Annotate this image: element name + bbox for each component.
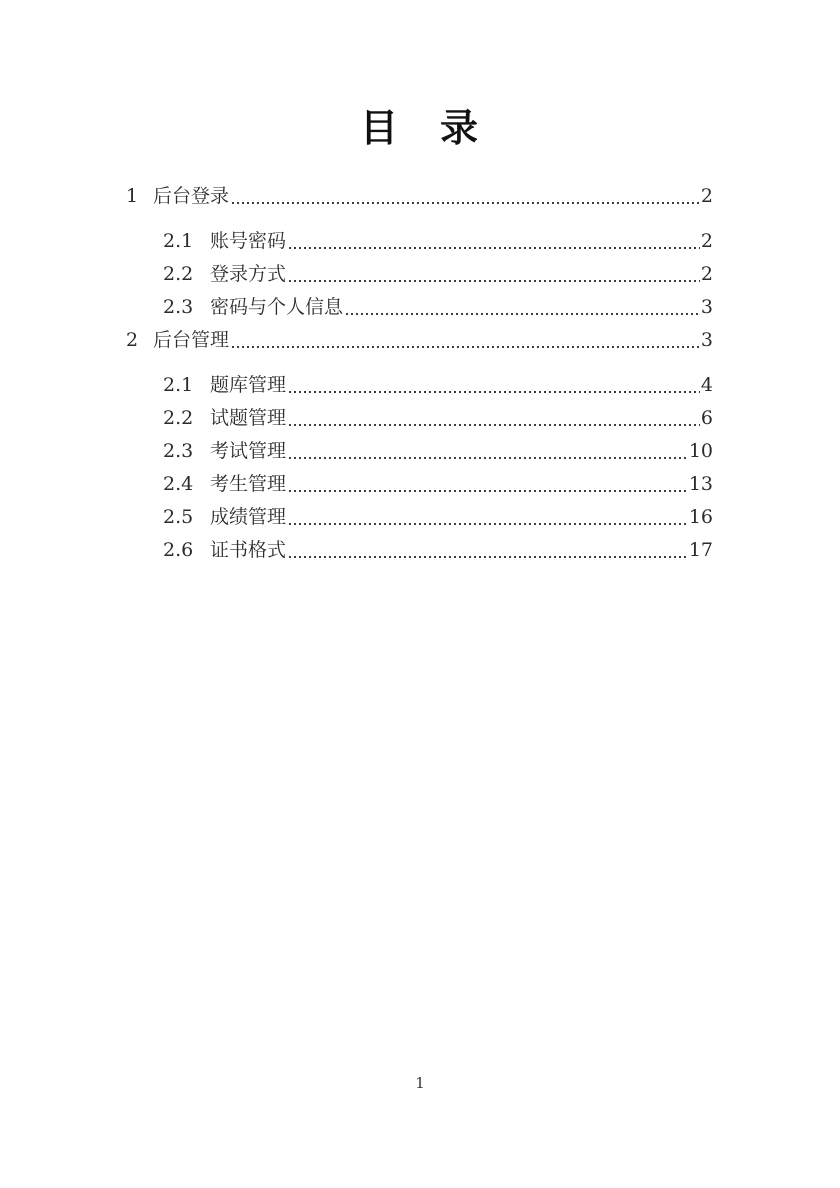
toc-entry-page: 17 [689, 534, 713, 567]
dot-leader-icon [289, 280, 700, 282]
dot-leader-icon [232, 202, 700, 204]
document-page: 目 录 1 后台登录 2 2.1 账号密码 2 2.2 登录方式 2 2.3 密… [0, 0, 840, 1188]
toc-entry-label: 后台登录 [153, 180, 229, 213]
toc-entry-number: 2 [126, 324, 153, 357]
dot-leader-icon [289, 490, 688, 492]
toc-entry-number: 1 [126, 180, 153, 213]
toc-entry[interactable]: 2.2 登录方式 2 [126, 258, 713, 291]
toc-entry[interactable]: 2.1 账号密码 2 [126, 225, 713, 258]
dot-leader-icon [232, 346, 700, 348]
toc-entry-number: 2.1 [163, 225, 210, 258]
toc-entry[interactable]: 2.3 密码与个人信息 3 [126, 291, 713, 324]
toc-entry-number: 2.1 [163, 369, 210, 402]
toc-entry-number: 2.5 [163, 501, 210, 534]
toc-entry-label: 证书格式 [210, 534, 286, 567]
toc-entry-label: 成绩管理 [210, 501, 286, 534]
page-number: 1 [0, 1074, 840, 1092]
toc-entry-page: 10 [689, 435, 713, 468]
toc-entry-label: 考生管理 [210, 468, 286, 501]
toc-entry[interactable]: 2.1 题库管理 4 [126, 369, 713, 402]
toc-entry-page: 16 [689, 501, 713, 534]
dot-leader-icon [289, 247, 700, 249]
toc-entry-label: 试题管理 [210, 402, 286, 435]
dot-leader-icon [289, 556, 688, 558]
toc-entry-label: 题库管理 [210, 369, 286, 402]
dot-leader-icon [289, 457, 688, 459]
toc-entry-label: 后台管理 [153, 324, 229, 357]
toc-entry-page: 2 [701, 258, 713, 291]
toc-entry-number: 2.3 [163, 435, 210, 468]
toc-entry-page: 2 [701, 225, 713, 258]
toc-entry-label: 登录方式 [210, 258, 286, 291]
toc-entry-page: 6 [701, 402, 713, 435]
toc-entry-number: 2.2 [163, 258, 210, 291]
toc-entry[interactable]: 2.2 试题管理 6 [126, 402, 713, 435]
toc-entry-label: 密码与个人信息 [210, 291, 343, 324]
dot-leader-icon [289, 424, 700, 426]
dot-leader-icon [289, 523, 688, 525]
toc-entry[interactable]: 2.5 成绩管理 16 [126, 501, 713, 534]
toc-entry-page: 3 [701, 324, 713, 357]
toc-title: 目 录 [0, 0, 840, 152]
toc-entry-page: 2 [701, 180, 713, 213]
dot-leader-icon [346, 313, 700, 315]
toc-entry-number: 2.2 [163, 402, 210, 435]
toc-entry-number: 2.6 [163, 534, 210, 567]
toc-entry[interactable]: 2.6 证书格式 17 [126, 534, 713, 567]
toc-list: 1 后台登录 2 2.1 账号密码 2 2.2 登录方式 2 2.3 密码与个人… [126, 180, 713, 567]
toc-entry-page: 3 [701, 291, 713, 324]
toc-entry-number: 2.3 [163, 291, 210, 324]
toc-entry[interactable]: 2.4 考生管理 13 [126, 468, 713, 501]
toc-entry-number: 2.4 [163, 468, 210, 501]
toc-entry-label: 考试管理 [210, 435, 286, 468]
toc-entry[interactable]: 2 后台管理 3 [126, 324, 713, 357]
toc-entry-label: 账号密码 [210, 225, 286, 258]
dot-leader-icon [289, 391, 700, 393]
toc-entry[interactable]: 1 后台登录 2 [126, 180, 713, 213]
toc-entry-page: 13 [689, 468, 713, 501]
toc-entry[interactable]: 2.3 考试管理 10 [126, 435, 713, 468]
toc-entry-page: 4 [701, 369, 713, 402]
